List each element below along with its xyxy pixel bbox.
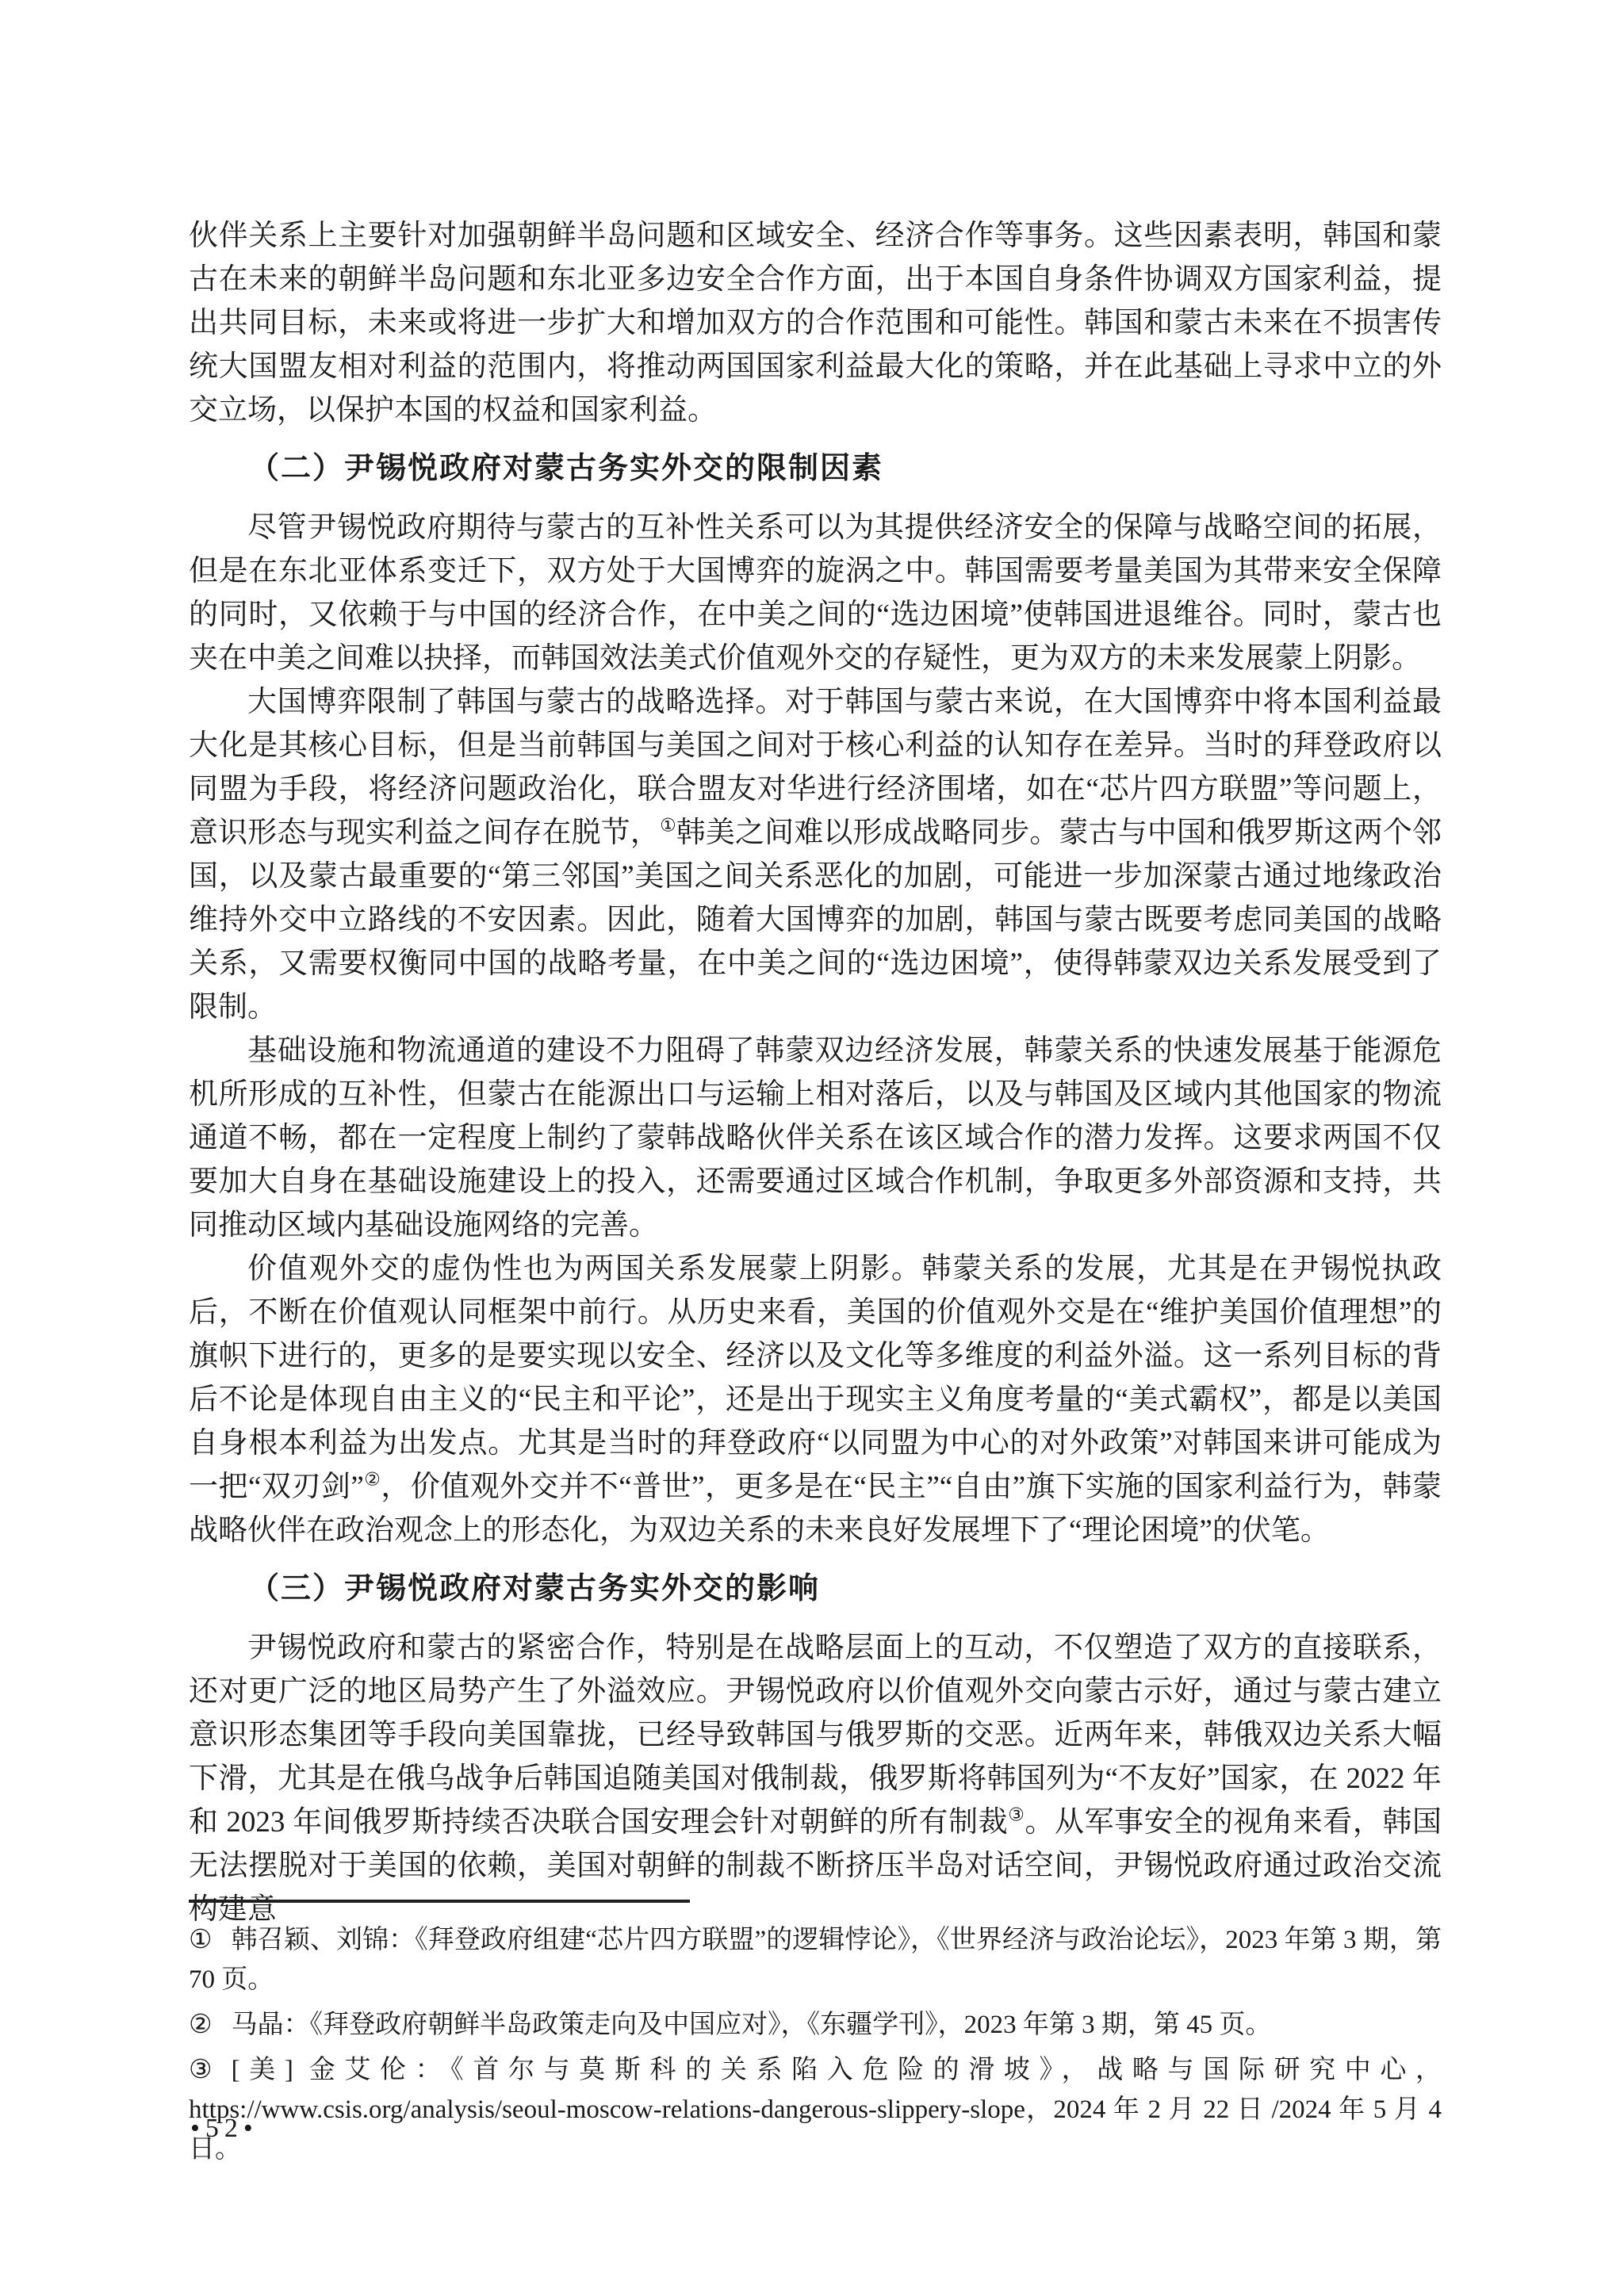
- footnote-marker-3: ③: [189, 2050, 213, 2090]
- body-paragraph: 基础设施和物流通道的建设不力阻碍了韩蒙双边经济发展，韩蒙关系的快速发展基于能源危…: [189, 1029, 1442, 1247]
- body-paragraph-continuation: 伙伴关系上主要针对加强朝鲜半岛问题和区域安全、经济合作等事务。这些因素表明，韩国…: [189, 214, 1442, 432]
- footnote-marker-2: ②: [189, 2005, 213, 2045]
- footnote-reference: ③: [1008, 1805, 1025, 1825]
- body-paragraph: 大国博弈限制了韩国与蒙古的战略选择。对于韩国与蒙古来说，在大国博弈中将本国利益最…: [189, 680, 1442, 1029]
- body-text: 伙伴关系上主要针对加强朝鲜半岛问题和区域安全、经济合作等事务。这些因素表明，韩国…: [189, 214, 1442, 1931]
- footnote-item: ②马晶：《拜登政府朝鲜半岛政策走向及中国应对》，《东疆学刊》，2023 年第 3…: [189, 2005, 1442, 2045]
- body-paragraph: 价值观外交的虚伪性也为两国关系发展蒙上阴影。韩蒙关系的发展，尤其是在尹锡悦执政后…: [189, 1247, 1442, 1552]
- body-paragraph: 尹锡悦政府和蒙古的紧密合作，特别是在战略层面上的互动，不仅塑造了双方的直接联系，…: [189, 1626, 1442, 1931]
- footnote-text-1: 韩召颖、刘锦：《拜登政府组建“芯片四方联盟”的逻辑悖论》，《世界经济与政治论坛》…: [189, 1926, 1442, 1994]
- footnote-reference: ①: [660, 816, 676, 836]
- footnote-reference: ②: [364, 1470, 381, 1490]
- footnote-separator: [189, 1900, 690, 1903]
- section-heading-2: （二）尹锡悦政府对蒙古务实外交的限制因素: [189, 447, 1442, 491]
- document-page: 伙伴关系上主要针对加强朝鲜半岛问题和区域安全、经济合作等事务。这些因素表明，韩国…: [0, 0, 1624, 2296]
- footnote-item: ①韩召颖、刘锦：《拜登政府组建“芯片四方联盟”的逻辑悖论》，《世界经济与政治论坛…: [189, 1920, 1442, 1999]
- footnote-item: ③[美] 金艾伦：《首尔与莫斯科的关系陷入危险的滑坡》，战略与国际研究中心，ht…: [189, 2050, 1442, 2169]
- footnote-text-3: [美] 金艾伦：《首尔与莫斯科的关系陷入危险的滑坡》，战略与国际研究中心，htt…: [189, 2056, 1442, 2164]
- footnote-text-2: 马晶：《拜登政府朝鲜半岛政策走向及中国应对》，《东疆学刊》，2023 年第 3 …: [232, 2011, 1272, 2039]
- footnote-marker-1: ①: [189, 1920, 213, 1960]
- section-heading-3: （三）尹锡悦政府对蒙古务实外交的影响: [189, 1567, 1442, 1611]
- footnotes-section: ①韩召颖、刘锦：《拜登政府组建“芯片四方联盟”的逻辑悖论》，《世界经济与政治论坛…: [189, 1900, 1442, 2175]
- body-paragraph: 尽管尹锡悦政府期待与蒙古的互补性关系可以为其提供经济安全的保障与战略空间的拓展，…: [189, 506, 1442, 680]
- page-number: •52•: [190, 2114, 259, 2144]
